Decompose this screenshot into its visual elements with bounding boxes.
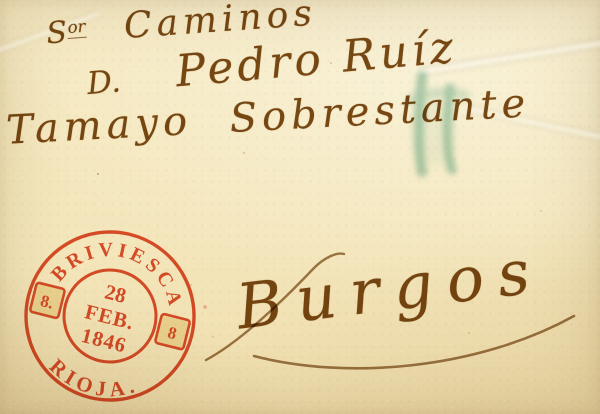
postmark-right-number: 8 <box>166 323 179 343</box>
postmark-left-number: 8. <box>39 291 56 313</box>
postmark-right-tablet: 8 <box>155 314 190 350</box>
destination-burgos: Burgos <box>233 234 548 344</box>
ink-speckles <box>0 0 2 2</box>
letter-cover-photo: Sor Caminos D. Pedro Ruíz Tamayo Sobrest… <box>0 0 600 414</box>
postmark-outer-ring <box>22 228 198 404</box>
abbr-superscript: or <box>66 17 87 39</box>
postmark-datestamp: BRIVIESCA RIOJA. 8. 8 28 FEB. 1846 <box>22 228 198 404</box>
postmark-date: 28 FEB. 1846 <box>77 276 143 358</box>
honorific-don: D. <box>86 63 123 102</box>
postmark-left-tablet: 8. <box>30 282 65 318</box>
postmark-day: 28 <box>102 279 128 307</box>
postmark-town-arc: BRIVIESCA <box>44 228 198 316</box>
postmark-year: 1846 <box>79 323 129 357</box>
postmark-province-arc: RIOJA. <box>41 351 147 404</box>
abbr-base: S <box>45 15 68 51</box>
address-line-3: Tamayo Sobrestante <box>5 80 531 153</box>
postmark-inner-ring <box>54 260 166 372</box>
honorific-abbreviation: Sor <box>45 14 88 52</box>
postmark-month: FEB. <box>83 299 137 334</box>
